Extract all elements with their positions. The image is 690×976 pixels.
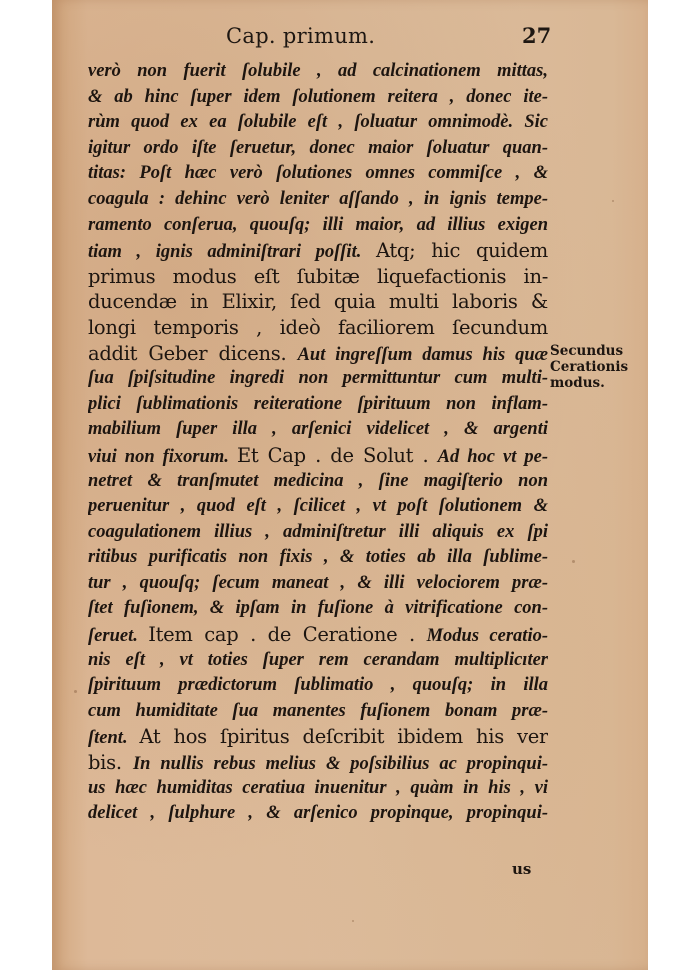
roman-text: primus modus eſt ſubitæ liquefactionis i… <box>88 265 548 288</box>
text-line: ſpirituum prædictorum ſublimatio , quouſ… <box>88 673 548 699</box>
marginal-note-line: modus. <box>550 375 628 391</box>
italic-text: Modus ceratio- <box>427 626 548 646</box>
text-line: & ab hinc ſuper idem ſolutionem reitera … <box>88 85 548 111</box>
italic-text: delicet , ſulphure , & arſenico propinqu… <box>88 803 548 823</box>
text-line: ſtent. At hos ſpiritus deſcribit ibidem … <box>88 724 548 750</box>
text-line-content: netret & tranſmutet medicina , ſine magi… <box>88 469 548 495</box>
text-line-content: ſpirituum prædictorum ſublimatio , quouſ… <box>88 673 548 699</box>
italic-text: titas: Poſt hæc verò ſolutiones omnes co… <box>88 163 548 183</box>
text-line: ſtet fuſionem, & ipſam in fuſione à vitr… <box>88 596 548 622</box>
italic-text: ritibus purificatis non fixis , & toties… <box>88 547 548 567</box>
italic-text: rùm quod ex ea ſolubile eſt , ſoluatur o… <box>88 112 548 132</box>
text-line-content: viui non fixorum. Et Cap . de Solut . Ad… <box>88 443 548 469</box>
roman-text: addit Geber dicens. <box>88 342 298 365</box>
text-line-content: titas: Poſt hæc verò ſolutiones omnes co… <box>88 161 548 187</box>
italic-text: cum humiditate ſua manentes fuſionem bon… <box>88 701 548 721</box>
text-line-content: nis eſt , vt toties ſuper rem cerandam m… <box>88 648 548 674</box>
text-line: coagula : dehinc verò leniter aſſando , … <box>88 187 548 213</box>
italic-text: igitur ordo iſte ſeruetur, donec maior ſ… <box>88 138 548 158</box>
roman-text: Item cap . de Ceratione . <box>148 623 426 646</box>
text-line: addit Geber dicens. Aut ingreſſum damus … <box>88 341 548 367</box>
roman-text: Et Cap . de Solut . <box>237 444 438 467</box>
text-line: longi temporis , ideò faciliorem ſecundu… <box>88 315 548 341</box>
text-line-content: ſeruet. Item cap . de Ceratione . Modus … <box>88 622 548 648</box>
text-line: ritibus purificatis non fixis , & toties… <box>88 545 548 571</box>
text-line: netret & tranſmutet medicina , ſine magi… <box>88 469 548 495</box>
marginal-note: Secundus Cerationis modus. <box>550 343 628 391</box>
italic-text: ramento conſerua, quouſq; illi maior, ad… <box>88 215 548 235</box>
text-line-content: & ab hinc ſuper idem ſolutionem reitera … <box>88 85 548 111</box>
running-title: Cap. primum. <box>226 24 375 48</box>
text-line: igitur ordo iſte ſeruetur, donec maior ſ… <box>88 136 548 162</box>
paper-stain <box>612 200 614 202</box>
italic-text: verò non fuerit ſolubile , ad calcinatio… <box>88 61 548 81</box>
text-line-content: plici ſublimationis reiteratione ſpiritu… <box>88 392 548 418</box>
text-line: primus modus eſt ſubitæ liquefactionis i… <box>88 264 548 290</box>
italic-text: coagula : dehinc verò leniter aſſando , … <box>88 189 548 209</box>
text-line-content: tiam , ignis adminiſtrari poſſit. Atq; h… <box>88 238 548 264</box>
text-line-content: us hæc humiditas ceratiua inuenitur , qu… <box>88 776 548 802</box>
text-line: bis. In nullis rebus melius & poſsibiliu… <box>88 750 548 776</box>
text-line-content: ducendæ in Elixir, ſed quia multi labori… <box>88 289 548 315</box>
text-line-content: longi temporis , ideò faciliorem ſecundu… <box>88 315 548 341</box>
catchword: us <box>512 860 531 878</box>
italic-text: coagulationem illius , adminiſtretur ill… <box>88 522 548 542</box>
text-line: ramento conſerua, quouſq; illi maior, ad… <box>88 213 548 239</box>
body-text: verò non fuerit ſolubile , ad calcinatio… <box>88 59 548 827</box>
text-line-content: cum humiditate ſua manentes fuſionem bon… <box>88 699 548 725</box>
text-line: rùm quod ex ea ſolubile eſt , ſoluatur o… <box>88 110 548 136</box>
text-line-content: igitur ordo iſte ſeruetur, donec maior ſ… <box>88 136 548 162</box>
text-line-content: ritibus purificatis non fixis , & toties… <box>88 545 548 571</box>
text-line: tiam , ignis adminiſtrari poſſit. Atq; h… <box>88 238 548 264</box>
italic-text: & ab hinc ſuper idem ſolutionem reitera … <box>88 87 548 107</box>
text-line: verò non fuerit ſolubile , ad calcinatio… <box>88 59 548 85</box>
italic-text: mabilium ſuper illa , arſenici videlicet… <box>88 419 548 439</box>
text-line-content: coagula : dehinc verò leniter aſſando , … <box>88 187 548 213</box>
text-line-content: ramento conſerua, quouſq; illi maior, ad… <box>88 213 548 239</box>
text-line-content: coagulationem illius , adminiſtretur ill… <box>88 520 548 546</box>
text-line: ducendæ in Elixir, ſed quia multi labori… <box>88 289 548 315</box>
text-line-content: ſtent. At hos ſpiritus deſcribit ibidem … <box>88 724 548 750</box>
paper-stain <box>572 560 575 563</box>
marginal-note-line: Cerationis <box>550 359 628 375</box>
text-line: cum humiditate ſua manentes fuſionem bon… <box>88 699 548 725</box>
italic-text: ſtent. <box>88 728 139 748</box>
text-line: tur , quouſq; ſecum maneat , & illi velo… <box>88 571 548 597</box>
italic-text: tiam , ignis adminiſtrari poſſit. <box>88 242 376 262</box>
italic-text: netret & tranſmutet medicina , ſine magi… <box>88 471 548 491</box>
marginal-note-line: Secundus <box>550 343 628 359</box>
text-line-content: rùm quod ex ea ſolubile eſt , ſoluatur o… <box>88 110 548 136</box>
italic-text: ſua ſpiſsitudine ingredi non permittuntu… <box>88 368 548 388</box>
roman-text: longi temporis , ideò faciliorem ſecundu… <box>88 316 548 339</box>
text-line: us hæc humiditas ceratiua inuenitur , qu… <box>88 776 548 802</box>
text-line: delicet , ſulphure , & arſenico propinqu… <box>88 801 548 827</box>
text-line: viui non fixorum. Et Cap . de Solut . Ad… <box>88 443 548 469</box>
italic-text: us hæc humiditas ceratiua inuenitur , qu… <box>88 778 548 798</box>
italic-text: ſtet fuſionem, & ipſam in fuſione à vitr… <box>88 598 548 618</box>
italic-text: Ad hoc vt pe- <box>438 447 548 467</box>
italic-text: In nullis rebus melius & poſsibilius ac … <box>133 754 548 774</box>
text-line: ſeruet. Item cap . de Ceratione . Modus … <box>88 622 548 648</box>
roman-text: bis. <box>88 751 133 774</box>
book-page: Cap. primum. 27 verò non fuerit ſolubile… <box>52 0 648 970</box>
roman-text: ducendæ in Elixir, ſed quia multi labori… <box>88 290 548 313</box>
text-line-content: ſtet fuſionem, & ipſam in fuſione à vitr… <box>88 596 548 622</box>
italic-text: viui non fixorum. <box>88 447 237 467</box>
roman-text: Atq; hic quidem <box>376 239 548 262</box>
text-line-content: tur , quouſq; ſecum maneat , & illi velo… <box>88 571 548 597</box>
page-header: Cap. primum. 27 <box>52 24 648 54</box>
text-line-content: ſua ſpiſsitudine ingredi non permittuntu… <box>88 366 548 392</box>
page-number: 27 <box>522 23 551 48</box>
text-line: ſua ſpiſsitudine ingredi non permittuntu… <box>88 366 548 392</box>
italic-text: ſpirituum prædictorum ſublimatio , quouſ… <box>88 675 548 695</box>
paper-stain <box>352 920 354 922</box>
text-line: nis eſt , vt toties ſuper rem cerandam m… <box>88 648 548 674</box>
italic-text: plici ſublimationis reiteratione ſpiritu… <box>88 394 548 414</box>
text-line: mabilium ſuper illa , arſenici videlicet… <box>88 417 548 443</box>
text-line-content: verò non fuerit ſolubile , ad calcinatio… <box>88 59 548 85</box>
text-line-content: delicet , ſulphure , & arſenico propinqu… <box>88 801 548 827</box>
text-line: coagulationem illius , adminiſtretur ill… <box>88 520 548 546</box>
paper-stain <box>74 690 77 693</box>
text-line: titas: Poſt hæc verò ſolutiones omnes co… <box>88 161 548 187</box>
text-line-content: bis. In nullis rebus melius & poſsibiliu… <box>88 750 548 776</box>
italic-text: nis eſt , vt toties ſuper rem cerandam m… <box>88 650 548 670</box>
text-line: plici ſublimationis reiteratione ſpiritu… <box>88 392 548 418</box>
text-line: peruenitur , quod eſt , ſcilicet , vt po… <box>88 494 548 520</box>
roman-text: At hos ſpiritus deſcribit ibidem his ver <box>139 725 548 748</box>
italic-text: peruenitur , quod eſt , ſcilicet , vt po… <box>88 496 548 516</box>
text-line-content: addit Geber dicens. Aut ingreſſum damus … <box>88 341 548 367</box>
text-line-content: mabilium ſuper illa , arſenici videlicet… <box>88 417 548 443</box>
text-line-content: peruenitur , quod eſt , ſcilicet , vt po… <box>88 494 548 520</box>
text-line-content: primus modus eſt ſubitæ liquefactionis i… <box>88 264 548 290</box>
italic-text: ſeruet. <box>88 626 148 646</box>
italic-text: tur , quouſq; ſecum maneat , & illi velo… <box>88 573 548 593</box>
italic-text: Aut ingreſſum damus his quæ <box>298 345 548 365</box>
